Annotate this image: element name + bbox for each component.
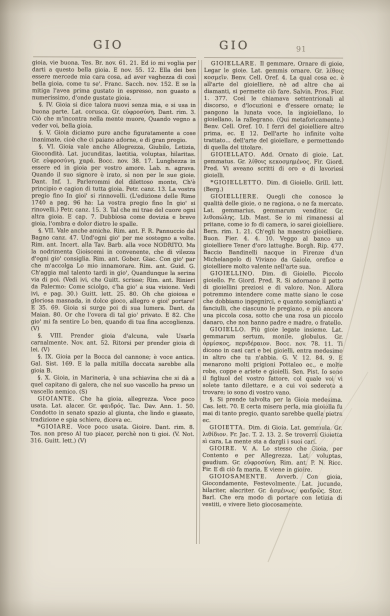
entry-paragraph: *GIOIARE. Voce poco usata. Gioire. Dant.… xyxy=(30,424,194,446)
entry-paragraph: §. Si prende talvolta per la Gioia medes… xyxy=(202,397,342,426)
entry-paragraph: GIOIELLARE. Il gemmare, Ornare di gioie,… xyxy=(204,61,344,153)
header-rule-left xyxy=(33,56,196,58)
entry-headword: *GIOIARE. xyxy=(37,424,77,430)
entry-paragraph: GIOIANTE. Che ha gioia, allegrezza. Voce… xyxy=(30,396,194,425)
entry-headword: *GIOIELLETTO. xyxy=(211,180,267,186)
entry-paragraph: §. VIII. Prender gioia d'alcuna, vale Us… xyxy=(31,333,195,355)
entry-paragraph: *GIOIELLETTO. Dim. di Gioiello. Grill. l… xyxy=(203,180,343,195)
entry-headword: GIOIELLARE. xyxy=(211,61,260,67)
entry-paragraph: GIOIOSAMENTE. Avverb. Con gioia, Giocond… xyxy=(202,474,342,510)
scanned-page: GIO GIO 91 gioia, vie buona. Tes. Br. no… xyxy=(0,0,390,616)
entry-paragraph: GIOIELLINO. Dim. di Gioiello. Piccolo gi… xyxy=(203,271,343,328)
entry-headword: GIOIANTE. xyxy=(38,396,81,402)
column-divider-second-rule xyxy=(198,60,201,544)
entry-paragraph: §. IV. Gioia si dice talora nuovi senza … xyxy=(32,102,196,131)
page-number: 91 xyxy=(296,44,307,53)
entry-headword: GIOIELLIERE. xyxy=(210,194,266,200)
entry-paragraph: GIOIETTA. Dim. di Gioia. Lat. gemmula. G… xyxy=(202,425,342,447)
entry-paragraph: GIOIELLIERE. Quegli che conosce le quali… xyxy=(203,194,343,272)
entry-paragraph: §. V. Gioia diciamo pure anche figuratam… xyxy=(32,130,196,145)
running-head-right: GIO xyxy=(219,38,250,54)
entry-paragraph: GIOIELLATO. Add. Ornato di gioie. Lat. g… xyxy=(204,152,344,181)
entry-headword: GIOIRE. xyxy=(209,446,242,452)
header-rule-right xyxy=(204,57,343,59)
left-column: gioia, vie buona. Tes. Br. nov. 61. 21. … xyxy=(30,60,196,446)
entry-headword: GIOIELLINO. xyxy=(210,271,262,277)
entry-headword: GIOIETTA. xyxy=(209,425,248,431)
running-head-left: GIO xyxy=(93,38,124,54)
entry-paragraph: gioia, vie buona. Tes. Br. nov. 61. 21. … xyxy=(32,60,196,103)
entry-paragraph: §. IX. Gioia per la Bocca del cannone; è… xyxy=(31,354,195,376)
entry-paragraph: §. VII. Vale anche amiche. Rim. ant. F. … xyxy=(31,228,195,334)
entry-paragraph: §. X. Gioia, in Marineria, è una schiavi… xyxy=(31,375,195,397)
entry-headword: GIOIELLO. xyxy=(210,327,251,333)
entry-headword: GIOIOSAMENTE. xyxy=(209,474,276,480)
entry-paragraph: §. VI. Gioia vale anche Allegrezza, Giub… xyxy=(31,144,195,229)
right-column: GIOIELLARE. Il gemmare, Ornare di gioie,… xyxy=(202,61,344,510)
entry-headword: GIOIELLATO. xyxy=(211,152,261,158)
entry-paragraph: GIOIELLO. Più gioie legate insieme. Lat.… xyxy=(203,327,343,398)
entry-paragraph: GIOIRE. V. A. Lo stesso che Gioia, per C… xyxy=(202,446,342,475)
